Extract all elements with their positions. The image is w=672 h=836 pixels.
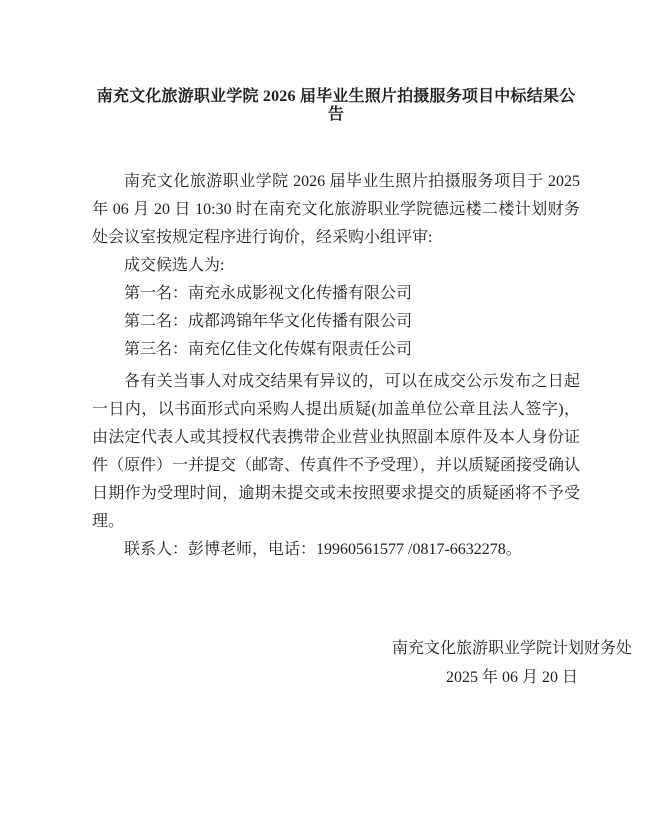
contact-line: 联系人：彭博老师，电话：19960561577 /0817-6632278。 (92, 536, 580, 564)
candidate-company: 南充永成影视文化传播有限公司 (188, 285, 412, 302)
signature-date: 2025 年 06 月 20 日 (362, 663, 662, 692)
signature-block: 南充文化旅游职业学院计划财务处 2025 年 06 月 20 日 (362, 634, 662, 692)
candidate-row: 第三名：南充亿佳文化传媒有限责任公司 (92, 336, 580, 364)
intro-paragraph: 南充文化旅游职业学院 2026 届毕业生照片拍摄服务项目于 2025 年 06 … (92, 168, 580, 252)
candidate-row: 第二名：成都鸿锦年华文化传播有限公司 (92, 308, 580, 336)
candidate-company: 南充亿佳文化传媒有限责任公司 (188, 341, 412, 358)
candidates-label: 成交候选人为: (92, 252, 580, 280)
candidate-rank: 第三名： (124, 341, 188, 358)
candidate-rank: 第一名： (124, 285, 188, 302)
document-page: 南充文化旅游职业学院 2026 届毕业生照片拍摄服务项目中标结果公告 南充文化旅… (0, 0, 672, 836)
signature-department: 南充文化旅游职业学院计划财务处 (362, 634, 662, 663)
objection-paragraph: 各有关当事人对成交结果有异议的，可以在成交公示发布之日起一日内，以书面形式向采购… (92, 368, 580, 536)
candidate-rank: 第二名： (124, 313, 188, 330)
candidate-row: 第一名：南充永成影视文化传播有限公司 (92, 280, 580, 308)
candidate-company: 成都鸿锦年华文化传播有限公司 (188, 313, 412, 330)
document-title: 南充文化旅游职业学院 2026 届毕业生照片拍摄服务项目中标结果公告 (92, 88, 580, 124)
